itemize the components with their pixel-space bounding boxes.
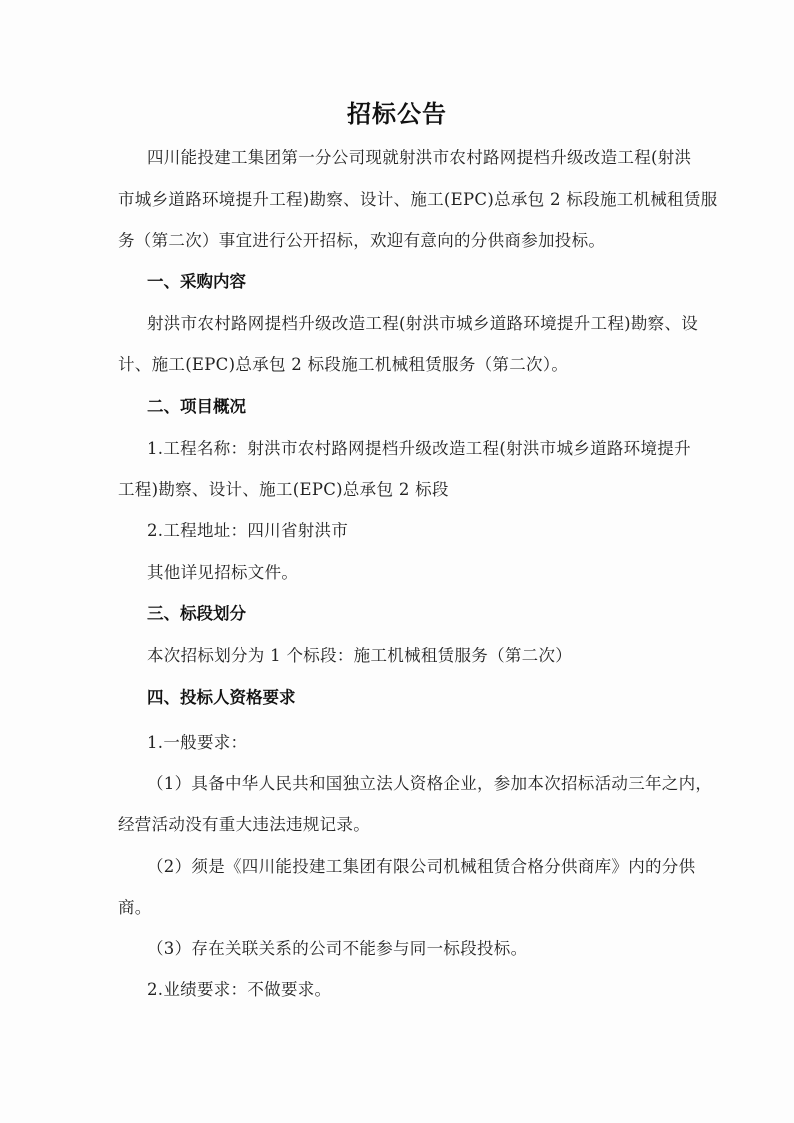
lots-line: 本次招标划分为 1 个标段：施工机械租赁服务（第二次） — [147, 642, 572, 666]
intro-line-3: 务（第二次）事宜进行公开招标，欢迎有意向的分供商参加投标。 — [118, 227, 605, 251]
document-title: 招标公告 — [0, 94, 794, 129]
project-name-line-1: 1.工程名称：射洪市农村路网提档升级改造工程(射洪市城乡道路环境提升 — [147, 435, 691, 459]
see-documents-note: 其他详见招标文件。 — [147, 559, 298, 583]
section-heading-lots: 三、标段划分 — [147, 600, 246, 624]
intro-line-2: 市城乡道路环境提升工程)勘察、设计、施工(EPC)总承包 2 标段施工机械租赁服 — [118, 186, 718, 210]
requirement-3: （3）存在关联关系的公司不能参与同一标段投标。 — [147, 935, 527, 959]
requirement-2-line-1: （2）须是《四川能投建工集团有限公司机械租赁合格分供商库》内的分供 — [147, 853, 695, 877]
intro-line-1: 四川能投建工集团第一分公司现就射洪市农村路网提档升级改造工程(射洪 — [147, 144, 691, 168]
general-requirements-label: 1.一般要求： — [147, 729, 247, 753]
section-heading-overview: 二、项目概况 — [147, 393, 246, 417]
section-heading-procurement: 一、采购内容 — [147, 268, 246, 292]
requirement-2-line-2: 商。 — [118, 894, 152, 918]
requirement-1-line-2: 经营活动没有重大违法违规记录。 — [118, 811, 370, 835]
project-address: 2.工程地址：四川省射洪市 — [147, 517, 348, 541]
project-name-line-2: 工程)勘察、设计、施工(EPC)总承包 2 标段 — [118, 476, 449, 500]
procurement-line-1: 射洪市农村路网提档升级改造工程(射洪市城乡道路环境提升工程)勘察、设 — [147, 310, 698, 334]
requirement-1-line-1: （1）具备中华人民共和国独立法人资格企业，参加本次招标活动三年之内， — [147, 770, 712, 794]
document-page: 招标公告 四川能投建工集团第一分公司现就射洪市农村路网提档升级改造工程(射洪 市… — [0, 0, 794, 1123]
section-heading-qualifications: 四、投标人资格要求 — [147, 684, 296, 708]
procurement-line-2: 计、施工(EPC)总承包 2 标段施工机械租赁服务（第二次）。 — [118, 351, 568, 375]
performance-requirement: 2.业绩要求：不做要求。 — [147, 976, 331, 1000]
